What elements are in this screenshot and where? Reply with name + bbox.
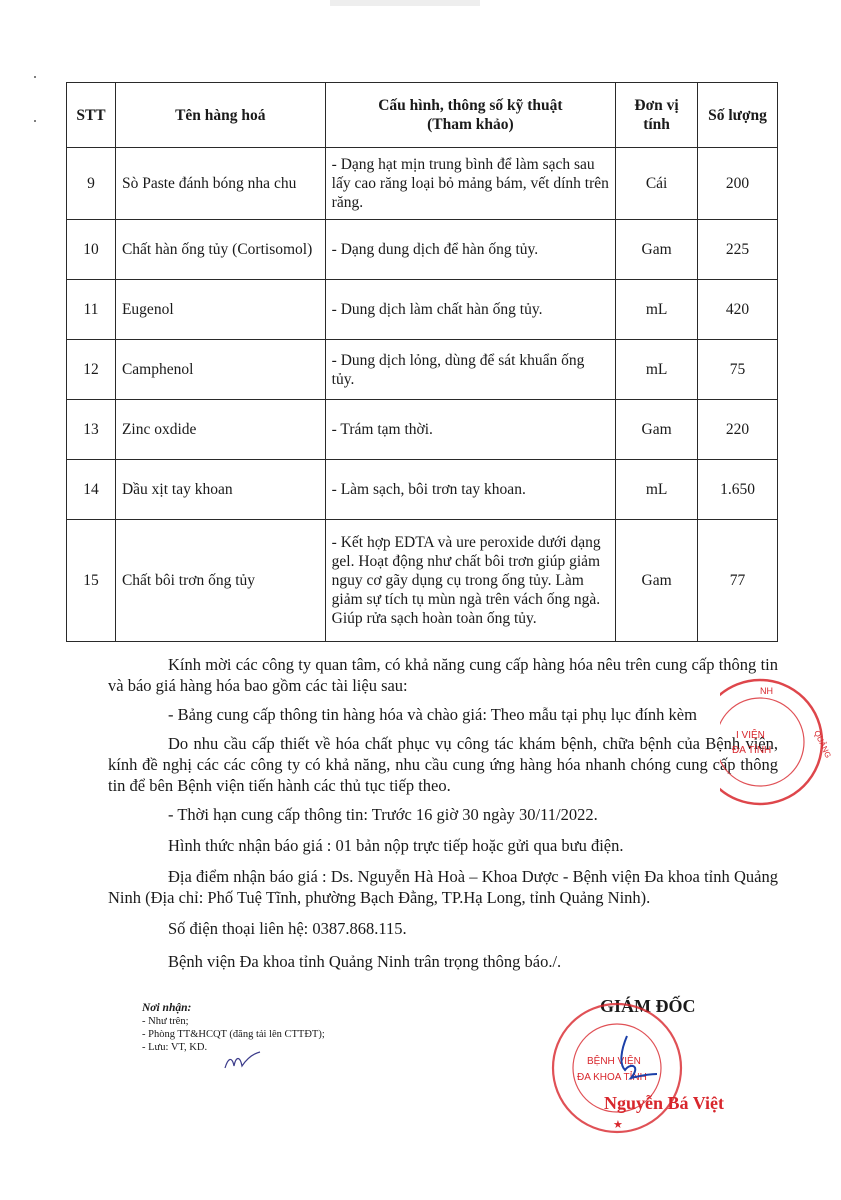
cell-spec: - Dung dịch lỏng, dùng để sát khuẩn ống …	[325, 340, 615, 400]
cell-name: Camphenol	[115, 340, 325, 400]
header-stt: STT	[67, 83, 116, 148]
cell-qty: 1.650	[698, 460, 778, 520]
document-item: - Bảng cung cấp thông tin hàng hóa và ch…	[108, 704, 778, 725]
scan-artifact	[330, 0, 480, 6]
cell-qty: 220	[698, 400, 778, 460]
cell-name: Zinc oxdide	[115, 400, 325, 460]
cell-unit: Gam	[616, 220, 698, 280]
header-unit-line2: tính	[643, 116, 670, 133]
header-name: Tên hàng hoá	[115, 83, 325, 148]
cell-qty: 77	[698, 520, 778, 642]
header-spec-line2: (Tham khảo)	[427, 116, 514, 133]
header-qty: Số lượng	[698, 83, 778, 148]
body-text: Kính mời các công ty quan tâm, có khả nă…	[108, 654, 778, 972]
invite-paragraph: Kính mời các công ty quan tâm, có khả nă…	[108, 654, 778, 696]
recipients-title: Nơi nhận:	[142, 1002, 325, 1015]
cell-spec: - Kết hợp EDTA và ure peroxide dưới dạng…	[325, 520, 615, 642]
cell-unit: mL	[616, 280, 698, 340]
cell-unit: mL	[616, 340, 698, 400]
deadline-line: - Thời hạn cung cấp thông tin: Trước 16 …	[108, 804, 778, 825]
goods-table: STT Tên hàng hoá Cấu hình, thông số kỹ t…	[66, 82, 778, 642]
cell-unit: mL	[616, 460, 698, 520]
table-row: 14 Dầu xịt tay khoan - Làm sạch, bôi trơ…	[67, 460, 778, 520]
cell-stt: 10	[67, 220, 116, 280]
cell-spec: - Dạng hạt mịn trung bình để làm sạch sa…	[325, 148, 615, 220]
cell-stt: 15	[67, 520, 116, 642]
table-row: 15 Chất bôi trơn ống tủy - Kết hợp EDTA …	[67, 520, 778, 642]
cell-stt: 13	[67, 400, 116, 460]
table-row: 10 Chất hàn ống tủy (Cortisomol) - Dạng …	[67, 220, 778, 280]
cell-qty: 225	[698, 220, 778, 280]
header-spec-line1: Cấu hình, thông số kỹ thuật	[378, 97, 562, 114]
cell-stt: 14	[67, 460, 116, 520]
cell-spec: - Dung dịch làm chất hàn ống tủy.	[325, 280, 615, 340]
header-unit: Đơn vịtính	[616, 83, 698, 148]
scan-speck	[34, 76, 36, 78]
table-row: 9 Sò Paste đánh bóng nha chu - Dạng hạt …	[67, 148, 778, 220]
cell-name: Dầu xịt tay khoan	[115, 460, 325, 520]
star-icon: ★	[613, 1119, 623, 1131]
cell-qty: 75	[698, 340, 778, 400]
scan-speck	[34, 120, 36, 122]
signer-name: Nguyễn Bá Việt	[604, 1093, 724, 1114]
table-header-row: STT Tên hàng hoá Cấu hình, thông số kỹ t…	[67, 83, 778, 148]
recipients-block: Nơi nhận: - Như trên; - Phòng TT&HCQT (đ…	[142, 1002, 325, 1054]
table-row: 11 Eugenol - Dung dịch làm chất hàn ống …	[67, 280, 778, 340]
phone-line: Số điện thoại liên hệ: 0387.868.115.	[108, 918, 778, 939]
official-stamp: BỆNH VIỆN ĐA KHOA TỈNH ★	[545, 1000, 695, 1135]
closing-line: Bệnh viện Đa khoa tỉnh Quảng Ninh trân t…	[108, 951, 778, 972]
svg-text:QUẢNG: QUẢNG	[812, 729, 833, 759]
cell-unit: Gam	[616, 400, 698, 460]
cell-unit: Cái	[616, 148, 698, 220]
cell-spec: - Dạng dung dịch để hàn ống tủy.	[325, 220, 615, 280]
header-unit-line1: Đơn vị	[634, 97, 678, 114]
cell-name: Chất hàn ống tủy (Cortisomol)	[115, 220, 325, 280]
cell-spec: - Làm sạch, bôi trơn tay khoan.	[325, 460, 615, 520]
cell-stt: 11	[67, 280, 116, 340]
recipient-item: - Như trên;	[142, 1015, 325, 1028]
cell-unit: Gam	[616, 520, 698, 642]
initials-mark	[222, 1050, 262, 1072]
cell-name: Eugenol	[115, 280, 325, 340]
table-row: 12 Camphenol - Dung dịch lỏng, dùng để s…	[67, 340, 778, 400]
table-row: 13 Zinc oxdide - Trám tạm thời. Gam 220	[67, 400, 778, 460]
recipient-item: - Phòng TT&HCQT (đăng tải lên CTTĐT);	[142, 1028, 325, 1041]
cell-stt: 9	[67, 148, 116, 220]
header-spec: Cấu hình, thông số kỹ thuật(Tham khảo)	[325, 83, 615, 148]
svg-text:ĐA TỈNH: ĐA TỈNH	[732, 743, 771, 756]
location-paragraph: Địa điểm nhận báo giá : Ds. Nguyễn Hà Ho…	[108, 866, 778, 908]
cell-qty: 200	[698, 148, 778, 220]
side-stamp: NH I VIỆN ĐA TỈNH QUẢNG	[720, 672, 841, 812]
method-line: Hình thức nhận báo giá : 01 bản nộp trực…	[108, 835, 778, 856]
cell-stt: 12	[67, 340, 116, 400]
cell-qty: 420	[698, 280, 778, 340]
cell-spec: - Trám tạm thời.	[325, 400, 615, 460]
svg-text:NH: NH	[760, 686, 773, 696]
cell-name: Chất bôi trơn ống tủy	[115, 520, 325, 642]
svg-text:I VIỆN: I VIỆN	[736, 728, 765, 741]
urgency-paragraph: Do nhu cầu cấp thiết về hóa chất phục vụ…	[108, 733, 778, 796]
cell-name: Sò Paste đánh bóng nha chu	[115, 148, 325, 220]
